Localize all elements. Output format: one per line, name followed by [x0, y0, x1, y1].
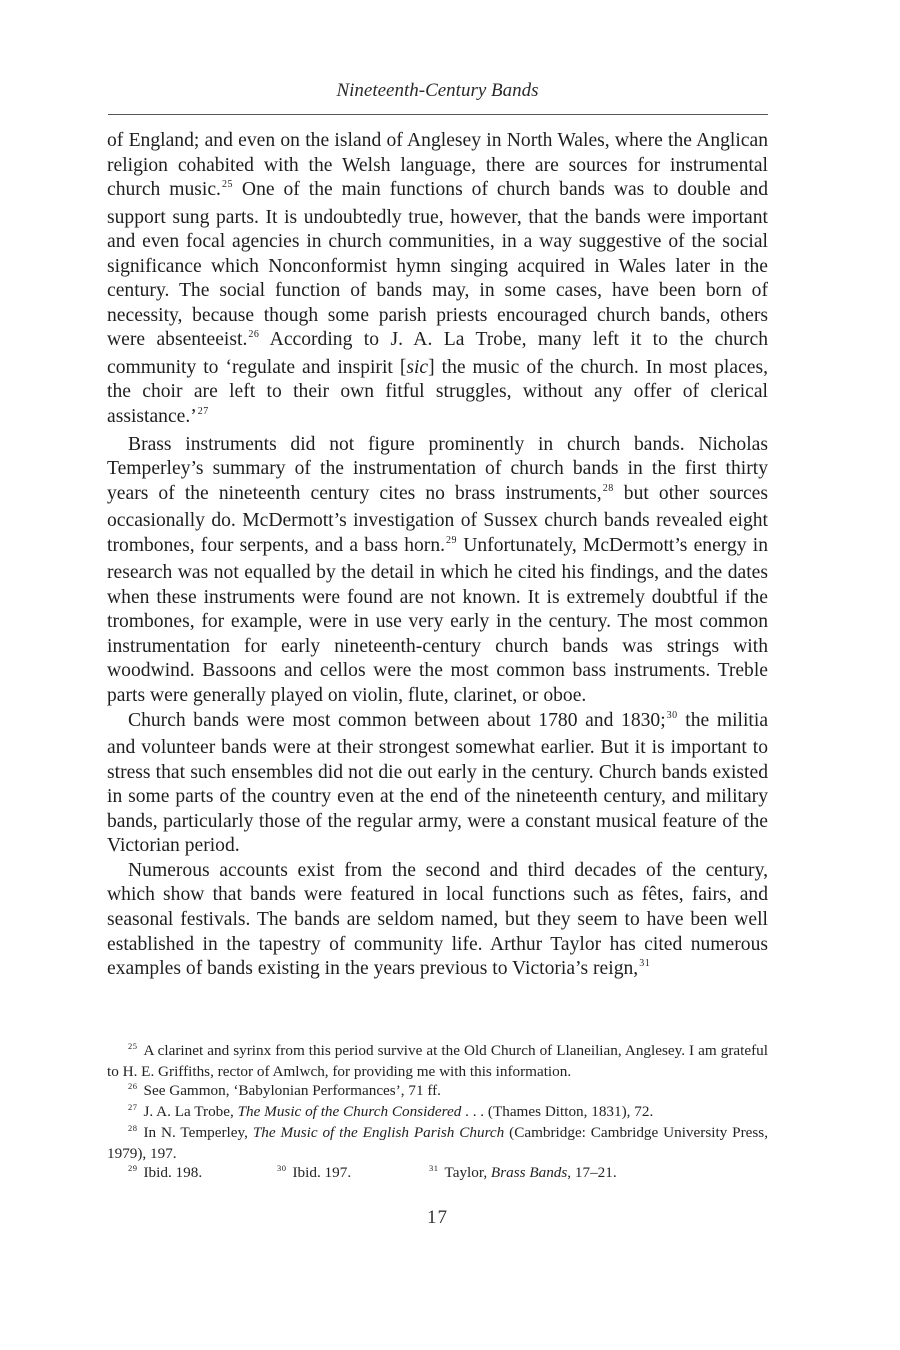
footnote-reference[interactable]: 28 [603, 483, 614, 494]
paragraph: of England; and even on the island of An… [107, 129, 768, 433]
footnote: 31Taylor, Brass Bands, 17–21. [429, 1163, 617, 1184]
footnote-reference[interactable]: 30 [667, 710, 678, 721]
footnote-reference[interactable]: 27 [198, 406, 209, 417]
italic-text: The Music of the English Parish Church [253, 1124, 504, 1141]
footnote: 28In N. Temperley, The Music of the Engl… [107, 1123, 768, 1163]
footnote: 26See Gammon, ‘Babylonian Performances’,… [107, 1081, 768, 1102]
footnote-reference[interactable]: 25 [222, 179, 233, 190]
paragraph: Church bands were most common between ab… [107, 709, 768, 859]
footnote-reference[interactable]: 29 [446, 535, 457, 546]
footnote-reference[interactable]: 31 [639, 958, 650, 969]
footnote-reference[interactable]: 26 [248, 329, 259, 340]
page-number: 17 [107, 1206, 768, 1230]
footnote-number: 26 [128, 1081, 138, 1091]
italic-text: The Music of the Church Considered [238, 1103, 462, 1120]
paragraph: Numerous accounts exist from the second … [107, 859, 768, 985]
running-head: Nineteenth-Century Bands [107, 79, 768, 103]
footnote-number: 25 [128, 1041, 138, 1051]
footnote: 27J. A. La Trobe, The Music of the Churc… [107, 1102, 768, 1123]
footnote-row-inline: 29Ibid. 198. 30Ibid. 197. 31Taylor, Bras… [107, 1163, 768, 1184]
footnote-number: 31 [429, 1163, 439, 1173]
italic-text: Brass Bands [491, 1164, 567, 1181]
paragraph: Brass instruments did not figure promine… [107, 433, 768, 709]
footnotes: 25A clarinet and syrinx from this period… [107, 1041, 768, 1184]
footnote-number: 30 [277, 1163, 287, 1173]
footnote: 30Ibid. 197. [277, 1163, 429, 1184]
footnote-number: 28 [128, 1123, 138, 1133]
footnote: 29Ibid. 198. [128, 1163, 277, 1184]
body-text: of England; and even on the island of An… [107, 129, 768, 985]
header-rule [108, 114, 768, 115]
italic-text: sic [406, 357, 428, 378]
footnote-number: 29 [128, 1163, 138, 1173]
footnote: 25A clarinet and syrinx from this period… [107, 1041, 768, 1081]
footnote-number: 27 [128, 1102, 138, 1112]
